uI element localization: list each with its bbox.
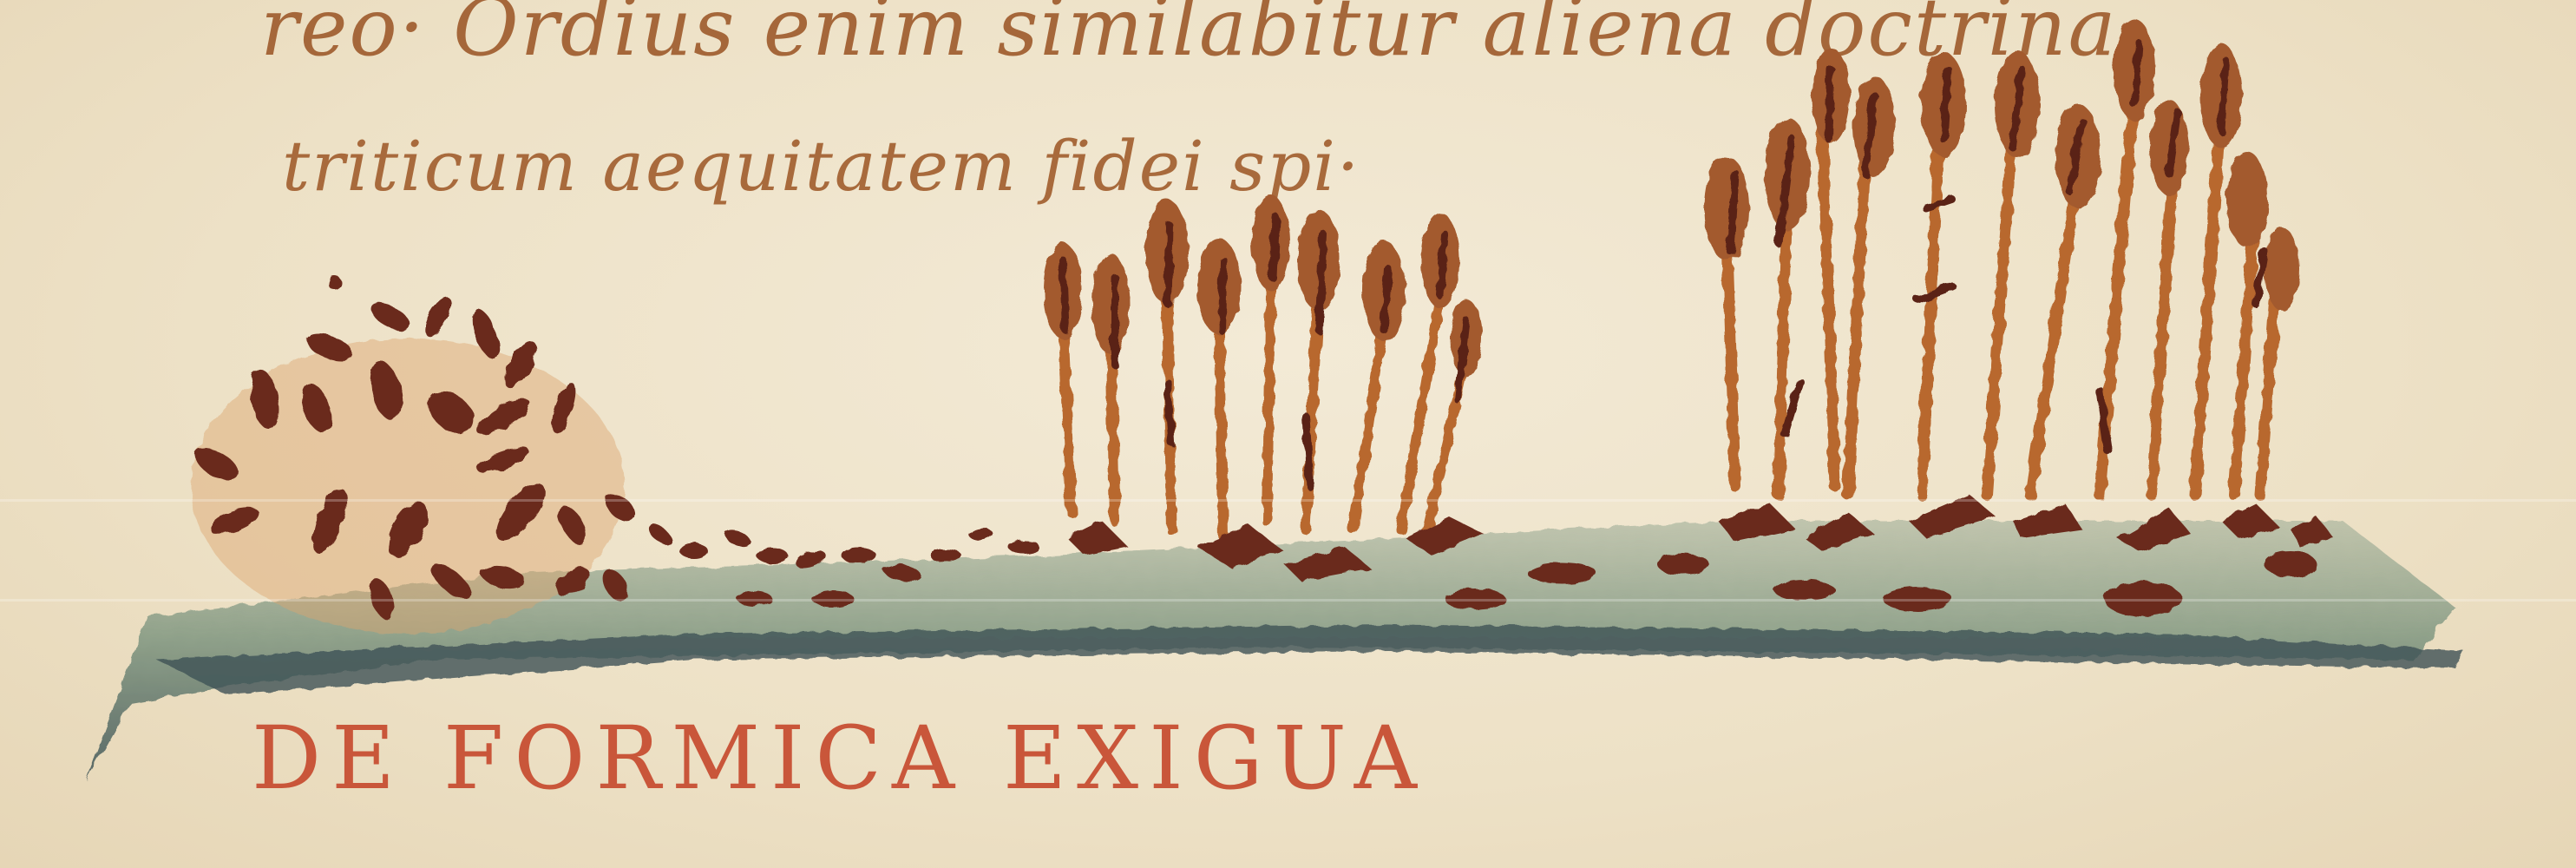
rubric-heading: DE FORMICA EXIGUA <box>252 707 1427 809</box>
manuscript-page: reo· Ordius enim similabitur aliena doct… <box>0 0 2576 868</box>
page-fold-line <box>0 499 2576 502</box>
grain-bush <box>190 275 1039 634</box>
page-fold-line <box>0 599 2576 602</box>
wheat-group-1 <box>1044 195 1484 582</box>
